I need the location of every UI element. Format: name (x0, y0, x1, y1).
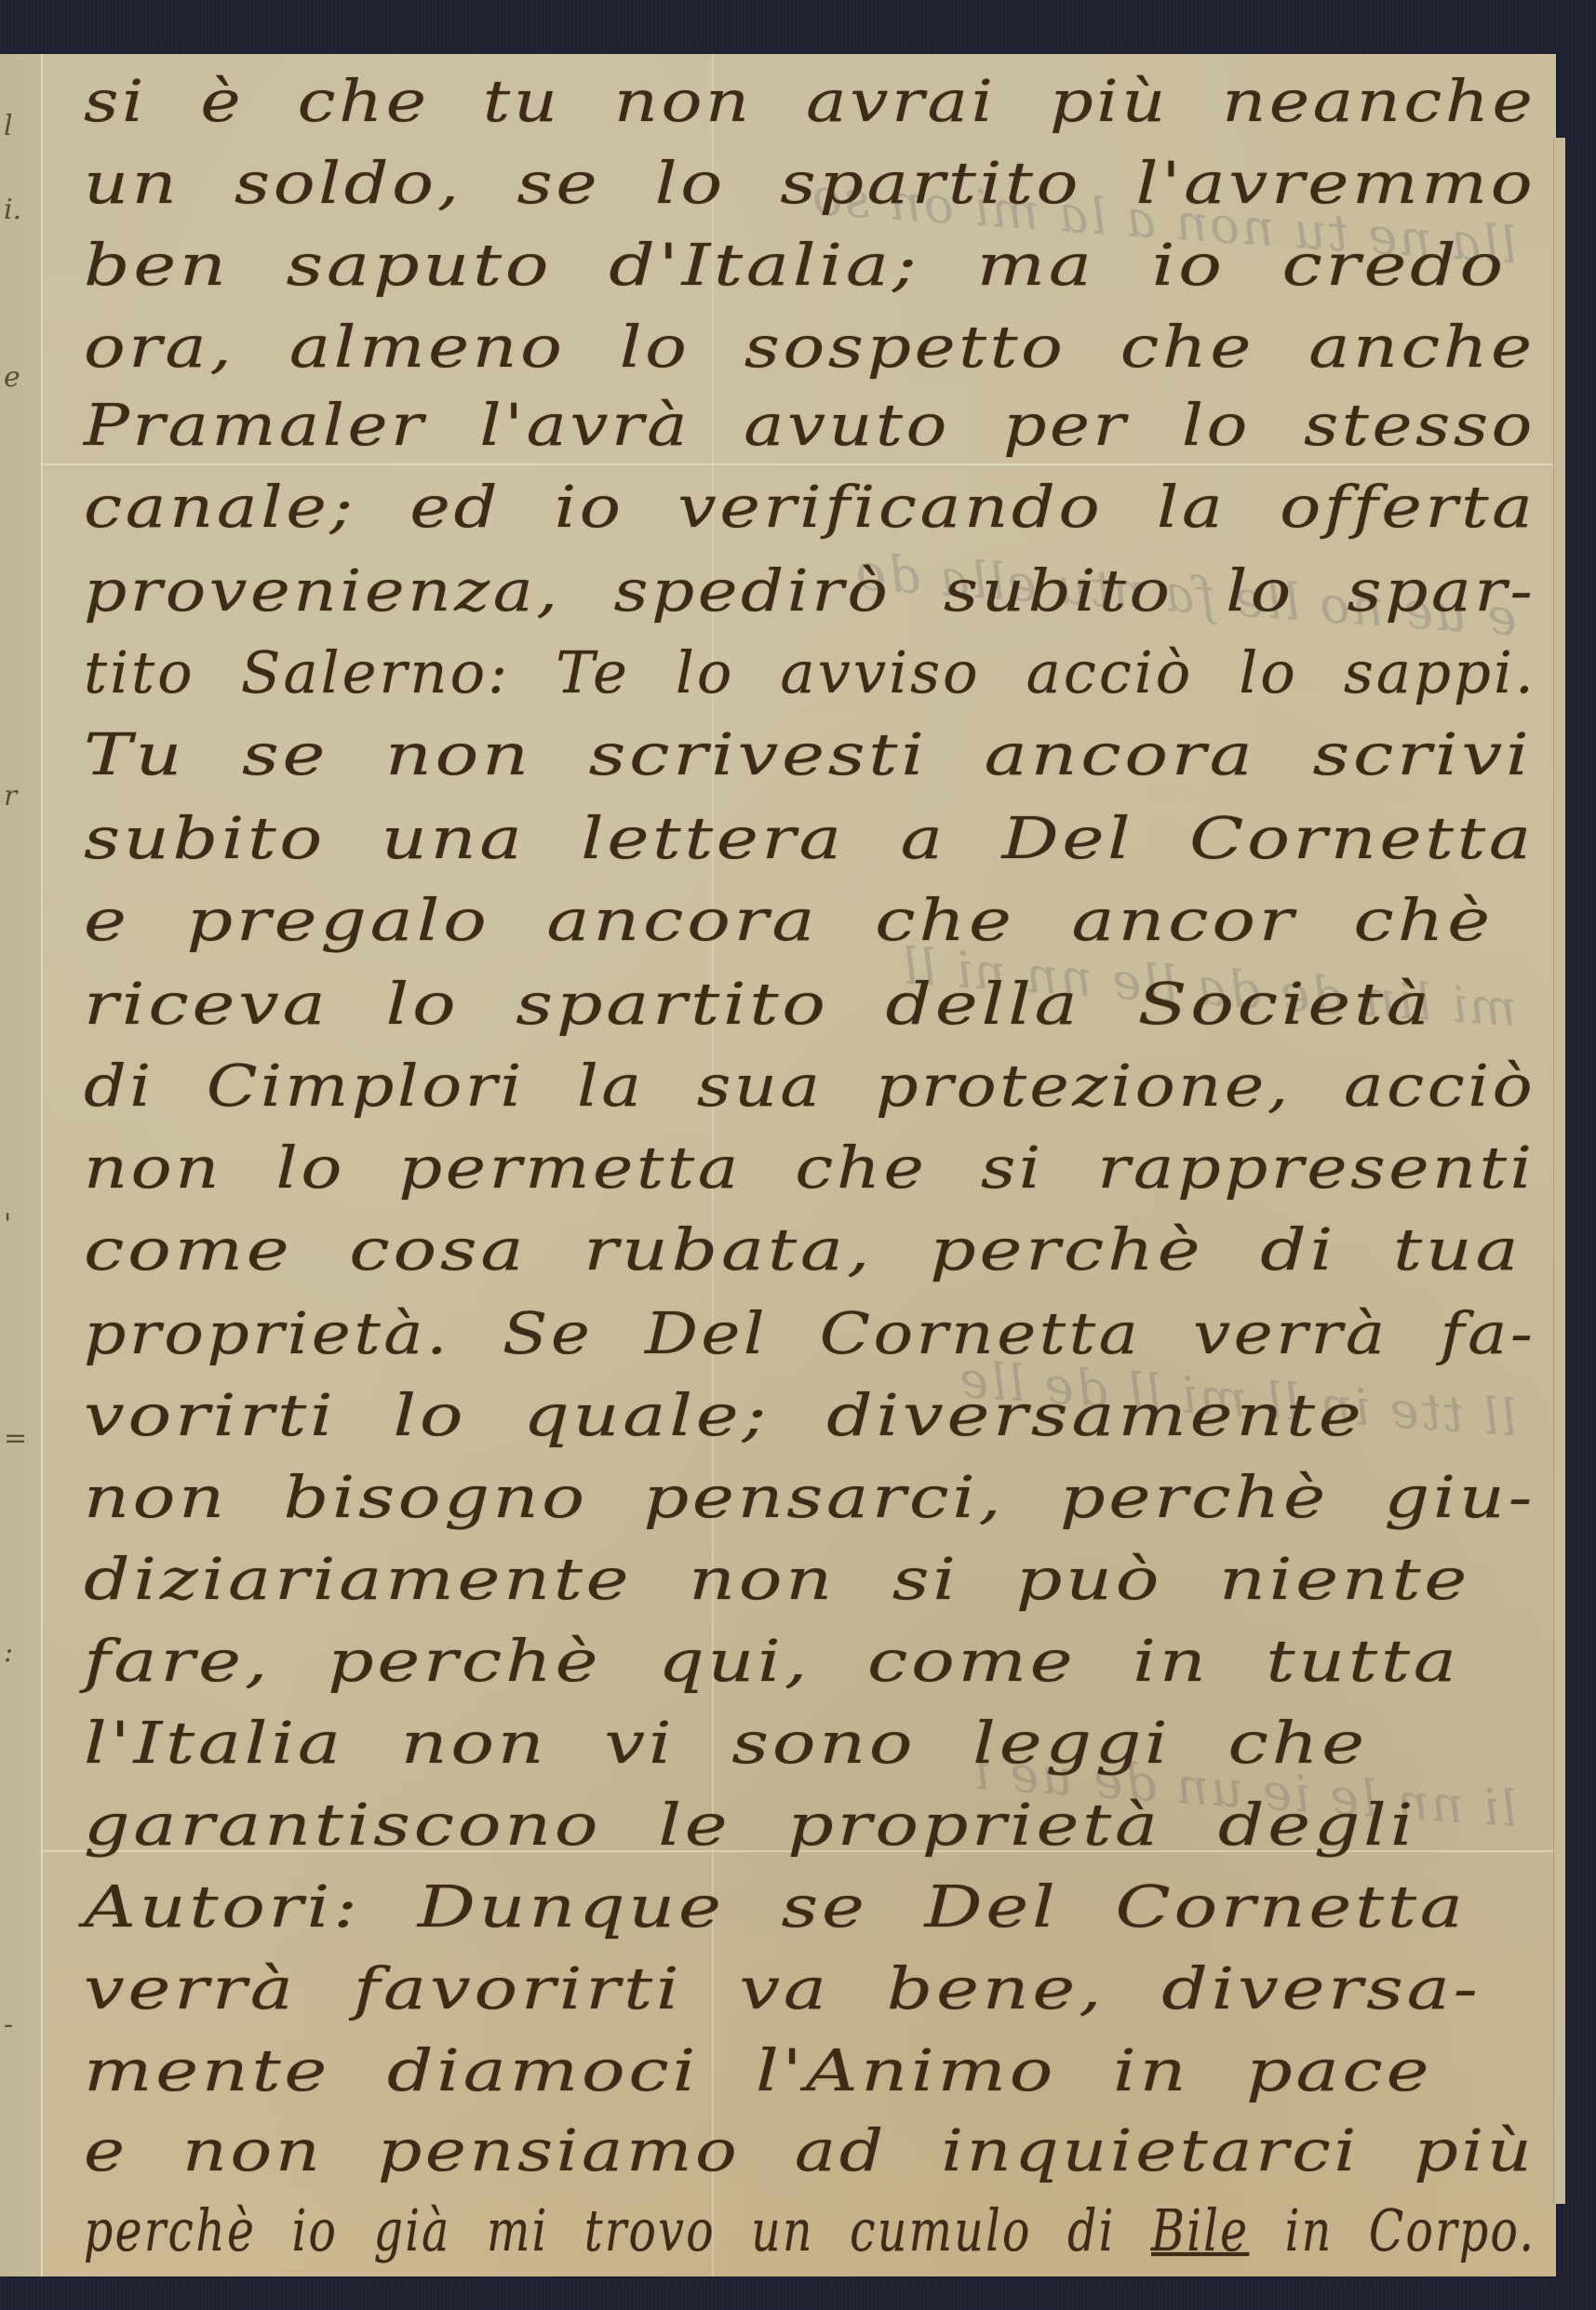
handwritten-text-body: si è che tu non avrai più neanche un sol… (0, 0, 1596, 2310)
underlined-word: Bile (1151, 2202, 1249, 2260)
text-line: perchè io già mi trovo un cumulo di Bile… (84, 2157, 1536, 2260)
